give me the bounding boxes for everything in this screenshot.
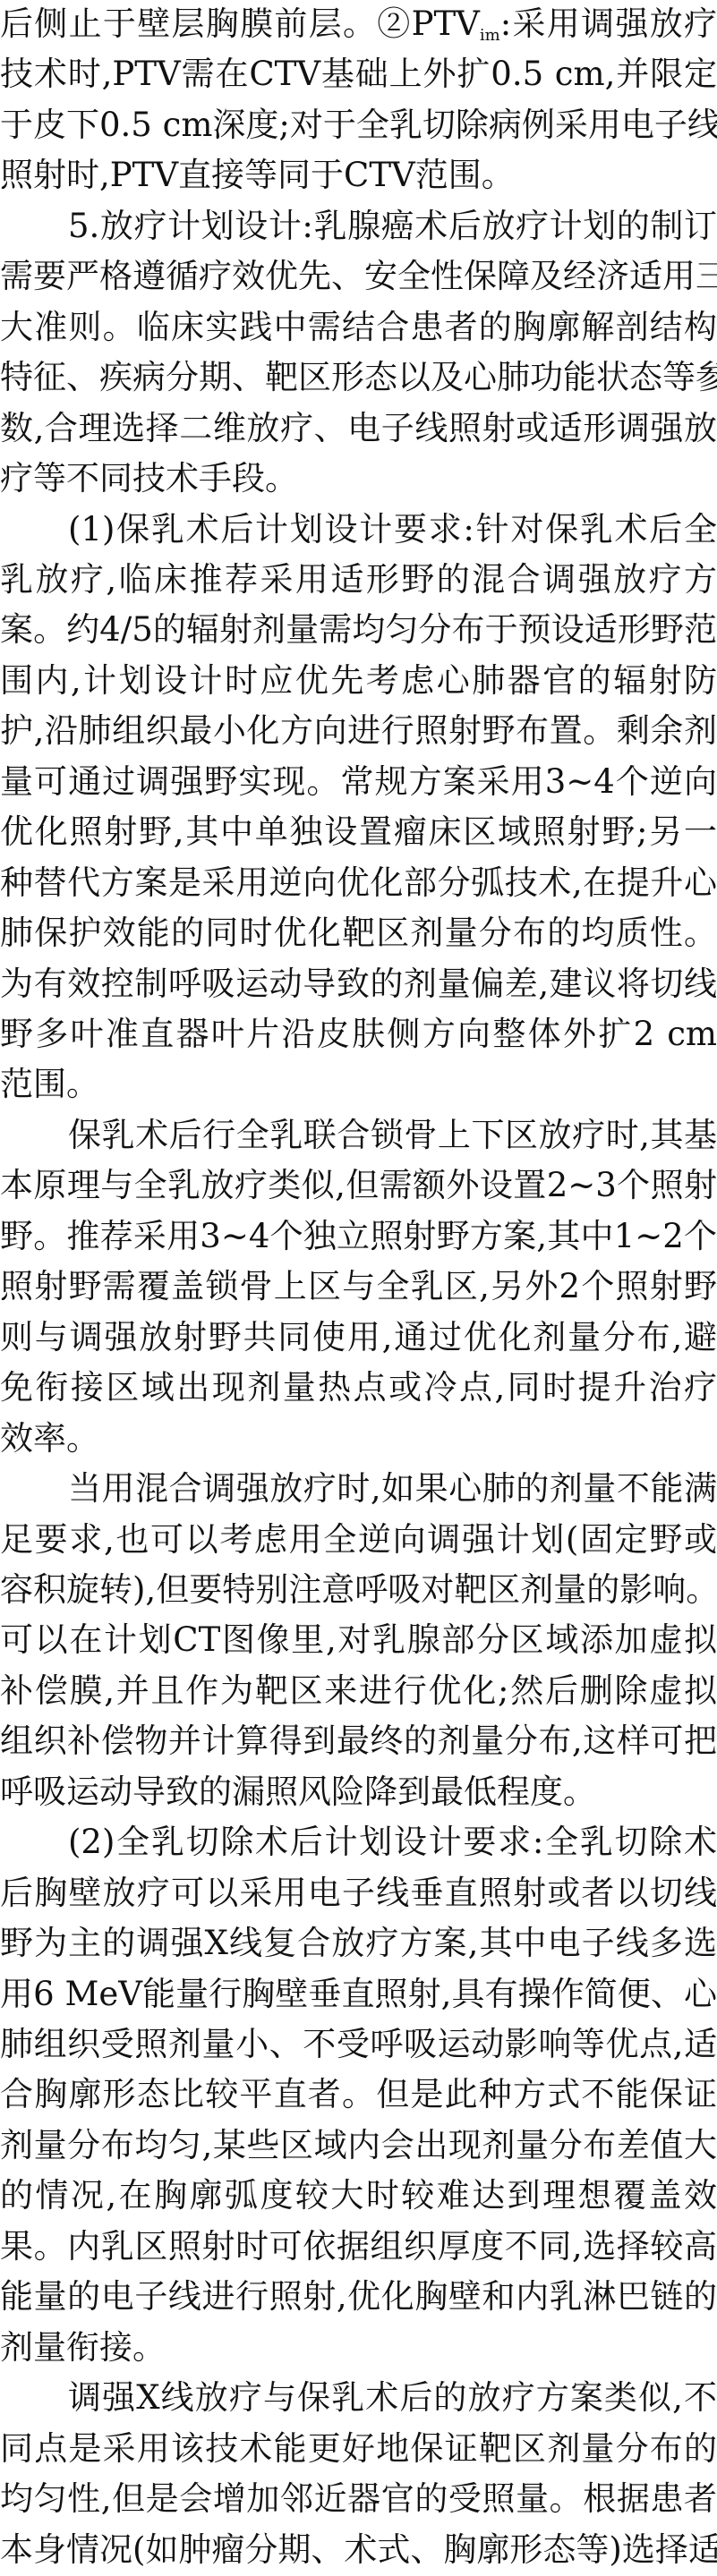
text-line: 野多叶准直器叶片沿皮肤侧方向整体外扩2 cm (0, 1008, 717, 1059)
text-line: 补偿膜,并且作为靶区来进行优化;然后删除虚拟 (0, 1665, 717, 1716)
text-line: 的情况,在胸廓弧度较大时较难达到理想覆盖效 (0, 2170, 717, 2221)
text-line: 果。内乳区照射时可依据组织厚度不同,选择较高 (0, 2221, 717, 2272)
line-text: (1)保乳术后计划设计要求:针对保乳术后全 (68, 510, 717, 548)
line-text: 肺组织受照剂量小、不受呼吸运动影响等优点,适 (0, 2025, 717, 2063)
paragraph-first-line: 5.放疗计划设计:乳腺癌术后放疗计划的制订 (68, 200, 717, 251)
line-text: 照射野需覆盖锁骨上区与全乳区,另外2个照射野 (0, 1267, 717, 1305)
line-text: 剂量分布均匀,某些区域内会出现剂量分布差值大 (0, 2126, 717, 2164)
line-text: 补偿膜,并且作为靶区来进行优化;然后删除虚拟 (0, 1671, 717, 1710)
text-line: 需要严格遵循疗效优先、安全性保障及经济适用三 (0, 251, 717, 302)
line-text: 后胸壁放疗可以采用电子线垂直照射或者以切线 (0, 1874, 717, 1912)
paragraph-first-line: 调强X线放疗与保乳术后的放疗方案类似,不 (68, 2372, 717, 2423)
line-text: 可以在计划CT图像里,对乳腺部分区域添加虚拟 (0, 1620, 717, 1659)
line-text: 调强X线放疗与保乳术后的放疗方案类似,不 (68, 2378, 717, 2417)
line-text: 组织补偿物并计算得到最终的剂量分布,这样可把 (0, 1722, 717, 1760)
line-text: 剂量衔接。 (0, 2328, 166, 2367)
text-line: 技术时,PTV需在CTV基础上外扩0.5 cm,并限定 (0, 48, 717, 99)
line-text: 种替代方案是采用逆向优化部分弧技术,在提升心 (0, 863, 717, 902)
text-line: 为有效控制呼吸运动导致的剂量偏差,建议将切线 (0, 958, 717, 1009)
line-text: (2)全乳切除术后计划设计要求:全乳切除术 (68, 1823, 717, 1861)
line-text: 乳放疗,临床推荐采用适形野的混合调强放疗方 (0, 560, 717, 599)
text-line: 野为主的调强X线复合放疗方案,其中电子线多选 (0, 1917, 717, 1968)
text-line: 优化照射野,其中单独设置瘤床区域照射野;另一 (0, 806, 717, 857)
text-line: 肺组织受照剂量小、不受呼吸运动影响等优点,适 (0, 2019, 717, 2070)
text-line: 效率。 (0, 1413, 717, 1464)
line-text-continued: :采用调强放疗 (500, 4, 717, 43)
line-text: 需要严格遵循疗效优先、安全性保障及经济适用三 (0, 257, 717, 295)
line-text: 特征、疾病分期、靶区形态以及心肺功能状态等参 (0, 358, 717, 396)
text-line: 照射时,PTV直接等同于CTV范围。 (0, 149, 717, 200)
line-text: 效率。 (0, 1419, 99, 1458)
text-line: 围内,计划设计时应优先考虑心肺器官的辐射防 (0, 655, 717, 706)
text-line: 案。约4/5的辐射剂量需均匀分布于预设适形野范 (0, 604, 717, 655)
paragraph-first-line: (1)保乳术后计划设计要求:针对保乳术后全 (68, 504, 717, 555)
paragraph-first-line: 保乳术后行全乳联合锁骨上下区放疗时,其基 (68, 1109, 717, 1160)
text-line: 本原理与全乳放疗类似,但需额外设置2~3个照射 (0, 1160, 717, 1211)
text-line: 组织补偿物并计算得到最终的剂量分布,这样可把 (0, 1715, 717, 1766)
line-text: 范围。 (0, 1065, 99, 1103)
text-line: 乳放疗,临床推荐采用适形野的混合调强放疗方 (0, 554, 717, 605)
line-text: 野。推荐采用3~4个独立照射野方案,其中1~2个 (0, 1217, 717, 1255)
line-text: 免衔接区域出现剂量热点或冷点,同时提升治疗 (0, 1368, 717, 1407)
text-line: 护,沿肺组织最小化方向进行照射野布置。剩余剂 (0, 705, 717, 756)
text-line: 后胸壁放疗可以采用电子线垂直照射或者以切线 (0, 1867, 717, 1918)
text-line: 用6 MeV能量行胸壁垂直照射,具有操作简便、心 (0, 1968, 717, 2019)
text-line: 同点是采用该技术能更好地保证靶区剂量分布的 (0, 2423, 717, 2474)
line-text: 大准则。临床实践中需结合患者的胸廓解剖结构 (0, 308, 717, 346)
text-line: 野。推荐采用3~4个独立照射野方案,其中1~2个 (0, 1211, 717, 1262)
text-line: 种替代方案是采用逆向优化部分弧技术,在提升心 (0, 857, 717, 908)
line-text: 均匀性,但是会增加邻近器官的受照量。根据患者 (0, 2479, 717, 2518)
text-line: 肺保护效能的同时优化靶区剂量分布的均质性。 (0, 907, 717, 958)
line-text: 量可通过调强野实现。常规方案采用3~4个逆向 (0, 762, 717, 801)
line-text: 容积旋转),但要特别注意呼吸对靶区剂量的影响。 (0, 1570, 717, 1609)
text-line: 照射野需覆盖锁骨上区与全乳区,另外2个照射野 (0, 1261, 717, 1312)
text-line: 范围。 (0, 1058, 717, 1109)
line-text: 能量的电子线进行照射,优化胸壁和内乳淋巴链的 (0, 2277, 717, 2316)
line-text: 护,沿肺组织最小化方向进行照射野布置。剩余剂 (0, 711, 717, 750)
line-text: 野多叶准直器叶片沿皮肤侧方向整体外扩2 cm (0, 1015, 717, 1053)
line-text: 同点是采用该技术能更好地保证靶区剂量分布的 (0, 2429, 717, 2468)
text-line: 合胸廓形态比较平直者。但是此种方式不能保证 (0, 2069, 717, 2120)
text-line: 剂量衔接。 (0, 2322, 717, 2373)
line-text: 优化照射野,其中单独设置瘤床区域照射野;另一 (0, 812, 717, 851)
text-line: 大准则。临床实践中需结合患者的胸廓解剖结构 (0, 302, 717, 353)
line-text: 呼吸运动导致的漏照风险降到最低程度。 (0, 1773, 596, 1811)
text-line: 后侧止于壁层胸膜前层。②PTVim:采用调强放疗 (0, 0, 717, 49)
line-text: 野为主的调强X线复合放疗方案,其中电子线多选 (0, 1924, 717, 1962)
text-line: 容积旋转),但要特别注意呼吸对靶区剂量的影响。 (0, 1564, 717, 1615)
line-text: 案。约4/5的辐射剂量需均匀分布于预设适形野范 (0, 610, 717, 649)
paragraph-first-line: 当用混合调强放疗时,如果心肺的剂量不能满 (68, 1463, 717, 1514)
line-text: 当用混合调强放疗时,如果心肺的剂量不能满 (68, 1469, 717, 1508)
line-text: 肺保护效能的同时优化靶区剂量分布的均质性。 (0, 914, 717, 952)
paragraph-first-line: (2)全乳切除术后计划设计要求:全乳切除术 (68, 1816, 717, 1867)
text-line: 量可通过调强野实现。常规方案采用3~4个逆向 (0, 756, 717, 807)
line-text: 后侧止于壁层胸膜前层。②PTV (0, 4, 480, 43)
text-line: 能量的电子线进行照射,优化胸壁和内乳淋巴链的 (0, 2271, 717, 2322)
text-line: 本身情况(如肿瘤分期、术式、胸廓形态等)选择适 (0, 2524, 717, 2575)
line-text: 围内,计划设计时应优先考虑心肺器官的辐射防 (0, 661, 717, 700)
line-text: 的情况,在胸廓弧度较大时较难达到理想覆盖效 (0, 2176, 717, 2215)
line-text: 本原理与全乳放疗类似,但需额外设置2~3个照射 (0, 1166, 717, 1204)
text-line: 呼吸运动导致的漏照风险降到最低程度。 (0, 1766, 717, 1817)
text-line: 数,合理选择二维放疗、电子线照射或适形调强放 (0, 403, 717, 454)
text-line: 剂量分布均匀,某些区域内会出现剂量分布差值大 (0, 2120, 717, 2171)
text-line: 于皮下0.5 cm深度;对于全乳切除病例采用电子线 (0, 99, 717, 150)
line-text: 则与调强放射野共同使用,通过优化剂量分布,避 (0, 1318, 717, 1356)
text-line: 免衔接区域出现剂量热点或冷点,同时提升治疗 (0, 1362, 717, 1413)
line-text: 果。内乳区照射时可依据组织厚度不同,选择较高 (0, 2227, 717, 2266)
line-text: 本身情况(如肿瘤分期、术式、胸廓形态等)选择适 (0, 2530, 717, 2569)
text-line: 疗等不同技术手段。 (0, 453, 717, 504)
line-text: 用6 MeV能量行胸壁垂直照射,具有操作简便、心 (0, 1975, 717, 2013)
line-text: 为有效控制呼吸运动导致的剂量偏差,建议将切线 (0, 965, 717, 1003)
text-line: 可以在计划CT图像里,对乳腺部分区域添加虚拟 (0, 1614, 717, 1665)
line-text: 足要求,也可以考虑用全逆向调强计划(固定野或 (0, 1520, 717, 1559)
text-line: 均匀性,但是会增加邻近器官的受照量。根据患者 (0, 2473, 717, 2524)
text-line: 则与调强放射野共同使用,通过优化剂量分布,避 (0, 1312, 717, 1363)
line-text: 数,合理选择二维放疗、电子线照射或适形调强放 (0, 409, 717, 447)
line-text: 于皮下0.5 cm深度;对于全乳切除病例采用电子线 (0, 106, 717, 144)
line-text: 技术时,PTV需在CTV基础上外扩0.5 cm,并限定 (0, 55, 717, 93)
text-line: 特征、疾病分期、靶区形态以及心肺功能状态等参 (0, 352, 717, 403)
subscript: im (480, 26, 500, 45)
line-text: 保乳术后行全乳联合锁骨上下区放疗时,其基 (68, 1116, 717, 1154)
line-text: 合胸廓形态比较平直者。但是此种方式不能保证 (0, 2075, 717, 2113)
line-text: 照射时,PTV直接等同于CTV范围。 (0, 156, 515, 194)
text-line: 足要求,也可以考虑用全逆向调强计划(固定野或 (0, 1514, 717, 1565)
line-text: 疗等不同技术手段。 (0, 459, 298, 497)
line-text: 5.放疗计划设计:乳腺癌术后放疗计划的制订 (68, 207, 717, 245)
